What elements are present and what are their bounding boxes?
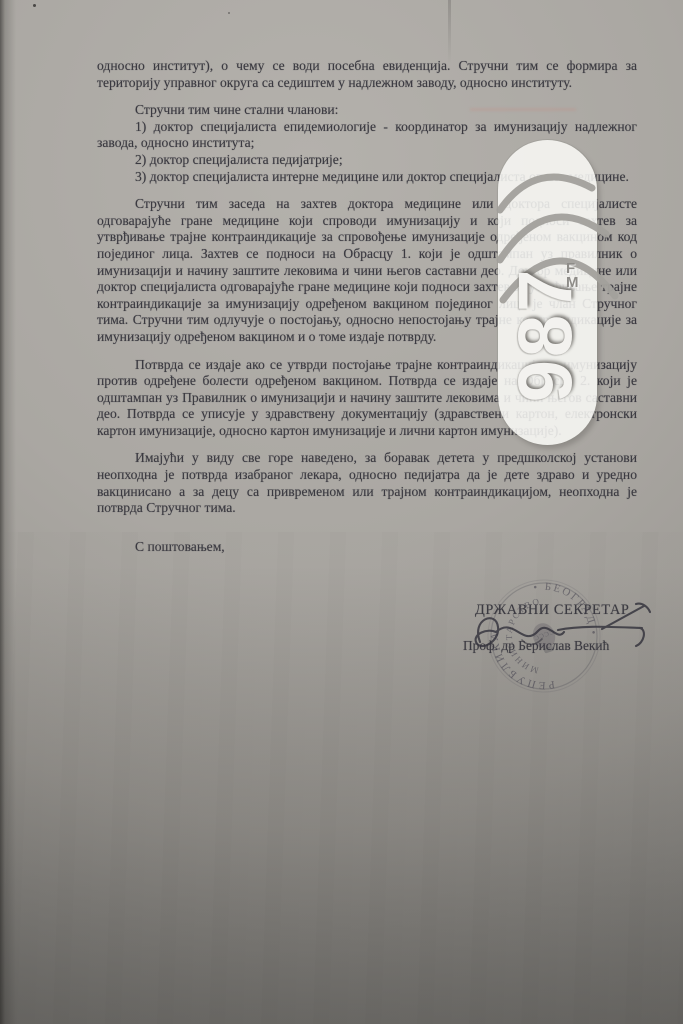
paper-speck: [228, 12, 230, 14]
photographed-document: односно институт), о чему се води посебн…: [0, 0, 683, 1024]
paper-speck: [33, 4, 36, 7]
paragraph: односно институт), о чему се води посебн…: [97, 58, 637, 91]
paragraph: Имајући у виду све горе наведено, за бор…: [97, 450, 637, 516]
watermark-fm-label: FM: [566, 262, 581, 290]
handwritten-signature: [430, 585, 683, 685]
radio-waves-icon: [488, 146, 620, 318]
paragraph: Стручни тим чине стални чланови:: [97, 102, 637, 119]
paper-crease: [448, 0, 451, 64]
closing-salutation: С поштовањем,: [97, 539, 637, 556]
